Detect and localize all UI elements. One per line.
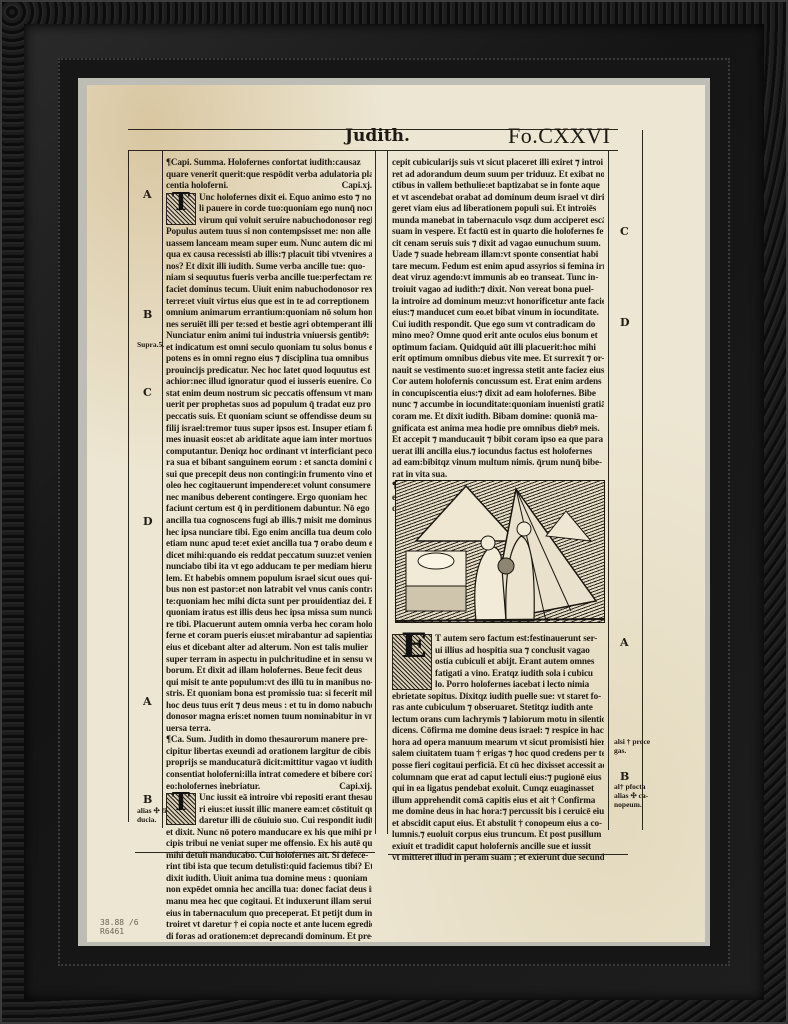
text-line: bus non est pastor:et non latrabit vel v… <box>166 584 372 596</box>
text-line: rat in vita sua. <box>392 469 604 481</box>
text-line: mino meo? Omne quod erit ante oculos eiu… <box>392 330 604 342</box>
accession-line: R6461 <box>100 927 139 936</box>
text-line: non expēdet omnia hec ancilla tua: donec… <box>166 884 372 896</box>
text-line: ancilla tua cognoscens fugi ab illis.⁊ m… <box>166 515 372 527</box>
text-line: fatigati a vino. Eratqz iudith sola i cu… <box>435 668 604 680</box>
margin-note: A <box>143 695 152 708</box>
text-line: qui misit te ante populum:vt des illū tu… <box>166 677 372 689</box>
right-outer-rule <box>642 130 643 830</box>
text-line: la introire ad dominum meuz:vt honorific… <box>392 296 604 308</box>
text-line: Nunciatur enim animi tui industria vniue… <box>166 330 372 342</box>
text-line: geret viam eius ad liberationem populi s… <box>392 203 604 215</box>
text-line: dixit iudith. Uiuit anima tua domine meu… <box>166 873 372 885</box>
text-line: super terram in aspectu in pulchritudine… <box>166 654 372 666</box>
text-line: hec ipsa nunciare tibi. Ego enim ancilla… <box>166 527 372 539</box>
text-line: mihi detuli manducabo. Cui holofernes ai… <box>166 850 372 862</box>
text-line: stat enim deum nostrum sic peccatis offe… <box>166 388 372 400</box>
margin-note: B <box>143 793 152 806</box>
margin-note: B <box>143 308 152 321</box>
text-line: suam in vespere. Et factū est in quarto … <box>392 226 604 238</box>
chapter-number: Capi.xj. <box>342 180 372 192</box>
text-line: ret ad adorandum deum suum per triduuz. … <box>392 169 604 181</box>
text-line: uersa terra. <box>166 723 372 735</box>
text-line: cit cenam seruis suis ⁊ dixit ad vagao e… <box>392 238 604 250</box>
margin-note: D <box>620 316 630 329</box>
margin-note: A <box>620 636 629 649</box>
text-line: dicet mihi:quando eis reddat peccatum su… <box>166 550 372 562</box>
text-line: daretur illi de cōuiuio suo. Cui respond… <box>199 815 372 827</box>
header-bottom-rule <box>128 150 618 151</box>
text-line: donosor magna eris:et nomen tuum nominab… <box>166 711 372 723</box>
text-line: oleo hec cogitauerunt impendere:et volun… <box>166 480 372 492</box>
text-line: lumnis.⁊ euoluit corpus eius truncum. Et… <box>392 829 604 841</box>
right-margin-rule <box>608 150 609 830</box>
text-line: ri eius:et iussit illic manere eam:et cō… <box>199 804 372 816</box>
text-line: faciunt certum est q̄ in perditionem dab… <box>166 503 372 515</box>
text-line: qua ex causa recessisti ab illis:⁊ placu… <box>166 249 372 261</box>
text-line: gnificata est anima mea hodie pre omnibu… <box>392 423 604 435</box>
summary-line: eo:holofernes inebriatur.Capi.xij. <box>166 781 372 793</box>
text-line: eius:⁊ manducet cum eo.et bibat vinum in… <box>392 307 604 319</box>
text-line: achior:nec illud ignoratur quod ei iusse… <box>166 376 372 388</box>
summary-line: centia holoferni.Capi.xj. <box>166 180 372 192</box>
text-line: coram me. Et dixit iudith. Bibam domine:… <box>392 411 604 423</box>
text-line: Cui iudith respondit. Que ego sum vt con… <box>392 319 604 331</box>
left-column-text: ¶Capi. Summa. Holofernes confortat iudit… <box>166 157 372 942</box>
decorated-initial: T <box>166 193 196 225</box>
left-column-body-2: et dixit. Nunc nō potero manducare ex hi… <box>166 827 372 942</box>
text-line: nunciabo tibi ita vt ego adducam te per … <box>166 561 372 573</box>
text-line: di foras ad orationem:et deprecandi domi… <box>166 931 372 943</box>
decorated-initial: T <box>166 793 196 825</box>
text-line: troiret vt daretur † ei copia nocte et a… <box>166 919 372 931</box>
text-line: nauit se vestimento suo:et ingressa stet… <box>392 365 604 377</box>
text-line: nec manibus deberent contingere. Ergo qu… <box>166 492 372 504</box>
text-line: Uade ⁊ suade hebream illam:vt sponte con… <box>392 249 604 261</box>
text-line: computantur. Deniqz hoc ordinant vt inte… <box>166 446 372 458</box>
initial-letter: E <box>401 641 427 653</box>
text-line: ad eam:bibitqz vinum multum nimis. q̄rum… <box>392 457 604 469</box>
text-line: ui illius ad hospitia sua ⁊ conclusit va… <box>435 645 604 657</box>
text-line: quoniam iratus est illis deus hec ipsa m… <box>166 607 372 619</box>
text-line: salem ciuitatem tuam † erigas ⁊ hoc quod… <box>392 748 604 760</box>
left-column-body: Populus autem tuus si non contempsisset … <box>166 226 372 734</box>
text-line: eius in tabernaculum quo preceperat. Et … <box>166 908 372 920</box>
text-line: et abscidit caput eius. Et abstulit † co… <box>392 818 604 830</box>
right-column-text: cepit cubicularijs suis vt sicut placere… <box>392 157 604 515</box>
text-line: prouincijs predicatur. Nec hoc latet quo… <box>166 365 372 377</box>
text-line: hora ad opera manuum mearum vt sicut pro… <box>392 737 604 749</box>
accession-number: 38.88 /6 R6461 <box>100 918 139 936</box>
text-line: niam si sequutus fueris verba ancille tu… <box>166 272 372 284</box>
decorated-initial: E <box>392 634 432 690</box>
text-line: Populus autem tuus si non contempsisset … <box>166 226 372 238</box>
text-line: li pauere in corde tuo:quoniam ego nunq̄… <box>199 203 372 215</box>
summary-line: consentiat holoferni:illa intrat comeder… <box>166 769 372 781</box>
margin-note: C <box>620 225 629 238</box>
text-line: terre:et viuit virtus eius que est in te… <box>166 296 372 308</box>
tent-scene-icon <box>396 481 605 623</box>
column-divider-right <box>387 150 388 834</box>
text-line: uerit per prophetas suos ad populum q̄ t… <box>166 399 372 411</box>
text-line: re tibi. Placuerunt autem omnia verba he… <box>166 619 372 631</box>
text-line: ctibus in vallem bethulie:et baptizabat … <box>392 180 604 192</box>
text-line: Unc iussit eā introire vbi repositi eran… <box>199 792 372 804</box>
text-line: Cor autem holofernis concussum est. Erat… <box>392 376 604 388</box>
text-line: Unc holofernes dixit ei. Equo animo esto… <box>199 192 372 204</box>
text-line: munda manebat in tabernaculo vsqz dum ac… <box>392 215 604 227</box>
margin-note: A <box>143 188 152 201</box>
chapter-summary-xii: ¶Ca. Sum. Judith in domo thesaurorum man… <box>166 734 372 780</box>
text-line: me domine deus in hac hora:⁊ percussit b… <box>392 806 604 818</box>
folio-number: Fo.CXXVI <box>508 123 610 149</box>
right-column-body: cepit cubicularijs suis vt sicut placere… <box>392 157 604 480</box>
margin-note: Supra.5. <box>137 340 164 349</box>
text-line: erit optimum omnibus diebus vite mee. Et… <box>392 353 604 365</box>
initial-letter: T <box>172 796 190 808</box>
left-outer-rule <box>128 150 129 822</box>
text-line: ra sua et bibant sanguinem eorum : et sa… <box>166 457 372 469</box>
text-line: potens es in omni regno eius ⁊ disciplin… <box>166 353 372 365</box>
text-line: tare mecum. Fedum est enim apud assyrios… <box>392 261 604 273</box>
text-line: ferne et coram pueris eius:et mirabantur… <box>166 630 372 642</box>
right-column-body-2: ebrietate sopitus. Dixitqz iudith puelle… <box>392 691 604 864</box>
text-line: in concupiscentia eius:⁊ dixit ad eam ho… <box>392 388 604 400</box>
text-line: nunc ⁊ accumbe in iocunditate:quoniam in… <box>392 399 604 411</box>
text-line: stris. Et quoniam bona est promissio tua… <box>166 688 372 700</box>
text-line: filij israel:tremor tuus super ipsos est… <box>166 423 372 435</box>
margin-note: D <box>143 515 153 528</box>
text-line: ebrietate sopitus. Dixitqz iudith puelle… <box>392 691 604 703</box>
text-line: cipis tribui ne veniat super me offensio… <box>166 838 372 850</box>
text-line: nes seruiēt illi per te:sed et bestie ag… <box>166 319 372 331</box>
summary-line: cipitur libertas exeundi ad orationem la… <box>166 746 372 758</box>
woodcut-illustration <box>395 480 605 623</box>
summary-line: ¶Ca. Sum. Judith in domo thesaurorum man… <box>166 734 372 746</box>
text-line: columnam que erat ad caput lectuli eius:… <box>392 772 604 784</box>
summary-line: quare venerit querit:que respōdit verba … <box>166 169 372 181</box>
text-line: omnium animarum errantium:quoniam nō sol… <box>166 307 372 319</box>
text-line: nos? Et dixit illi iudith. Sume verba an… <box>166 261 372 273</box>
text-line: rint tibi ista que tecum detulisti:quid … <box>166 861 372 873</box>
margin-note: al† pfocta alias ✣ ca- nopeum. <box>614 782 648 809</box>
text-line: manu mea hec que cogitaui. Et induxerunt… <box>166 896 372 908</box>
running-title: Judith. <box>345 126 410 146</box>
text-line: uerat illi ancilla eius.⁊ iocundus factu… <box>392 446 604 458</box>
text-line: troiuit vagao ad iudith:⁊ dixit. Non ver… <box>392 284 604 296</box>
chapter-number: Capi.xij. <box>339 781 372 793</box>
left-margin-rule <box>162 150 163 828</box>
margin-note: C <box>143 386 152 399</box>
text-line: T autem sero factum est:festinauerunt se… <box>435 633 604 645</box>
text-line: cepit cubicularijs suis vt sicut placere… <box>392 157 604 169</box>
text-line: lem. Et habebis omnem populum israel sic… <box>166 573 372 585</box>
text-line: exiuit et tradidit caput holofernis anci… <box>392 841 604 853</box>
text-line: uassem lanceam meam super eum. Nunc aute… <box>166 238 372 250</box>
text-line: Et accepit ⁊ manducauit ⁊ bibit coram ip… <box>392 434 604 446</box>
margin-note: alias ✣ fi- ducia. <box>137 806 169 824</box>
text-line: et indicatum est omni seculo quoniam tu … <box>166 342 372 354</box>
summary-line: proprijs se manducaturā dicit:mittitur v… <box>166 757 372 769</box>
text-line: mes inuasit eos:et ab ariditate aque iam… <box>166 434 372 446</box>
text-line: illum apprehendit comā capitis eius et a… <box>392 795 604 807</box>
text-line: et dixit. Nunc nō potero manducare ex hi… <box>166 827 372 839</box>
initial-letter: T <box>172 196 190 208</box>
text-line: deat viruz agendo:vt immunis ab eo trans… <box>392 272 604 284</box>
text-line: ostia cubiculi et abijt. Erant autem omn… <box>435 656 604 668</box>
text-line: vt mitteret illud in peram suam ; et exi… <box>392 852 604 864</box>
text-line: qui in ea ligatus pendebat exoluit. Cunq… <box>392 783 604 795</box>
text-line: dicens. Cōfirma me domine deus israel: ⁊… <box>392 725 604 737</box>
right-column-text-2: E T autem sero factum est:festinauerunt … <box>392 633 604 864</box>
text-line: hoc deus tuus erit ⁊ deus meus : et tu i… <box>166 700 372 712</box>
summary-line: ¶Capi. Summa. Holofernes confortat iudit… <box>166 157 372 169</box>
text-line: lectum orans cum lachrymis ⁊ labiorum mo… <box>392 714 604 726</box>
text-line: ras ante cubiculum ⁊ obseruaret. Stetitq… <box>392 702 604 714</box>
text-line: et vt ascendebat orabat ad dominum deum … <box>392 192 604 204</box>
text-line: lo. Porro holofernes iacebat i lecto nim… <box>435 679 604 691</box>
text-line: sui que precepit deus non contingi:in fr… <box>166 469 372 481</box>
text-line: optimum faciam. Quidquid aūt illi placue… <box>392 342 604 354</box>
text-line: eius et dicebant alter ad alterum. Non e… <box>166 642 372 654</box>
text-line: etiam nunc apud te:et exiet ancilla tua … <box>166 538 372 550</box>
text-line: borum. Et dixit ad illam holofernes. Beu… <box>166 665 372 677</box>
column-divider-left <box>375 150 376 834</box>
text-line: peccatis suis. Et quoniam sciunt se offe… <box>166 411 372 423</box>
margin-note: alsi † proce gas. <box>614 737 650 755</box>
text-line: virum qui voluit seruire nabuchodonosor … <box>199 215 372 227</box>
text-line: faciet dominus tecum. Uiuit enim nabucho… <box>166 284 372 296</box>
text-line: te:quoniam hec mihi dicta sunt per proui… <box>166 596 372 608</box>
accession-line: 38.88 /6 <box>100 918 139 927</box>
text-line: posse fieri cogitaui perficiā. Et cū hec… <box>392 760 604 772</box>
